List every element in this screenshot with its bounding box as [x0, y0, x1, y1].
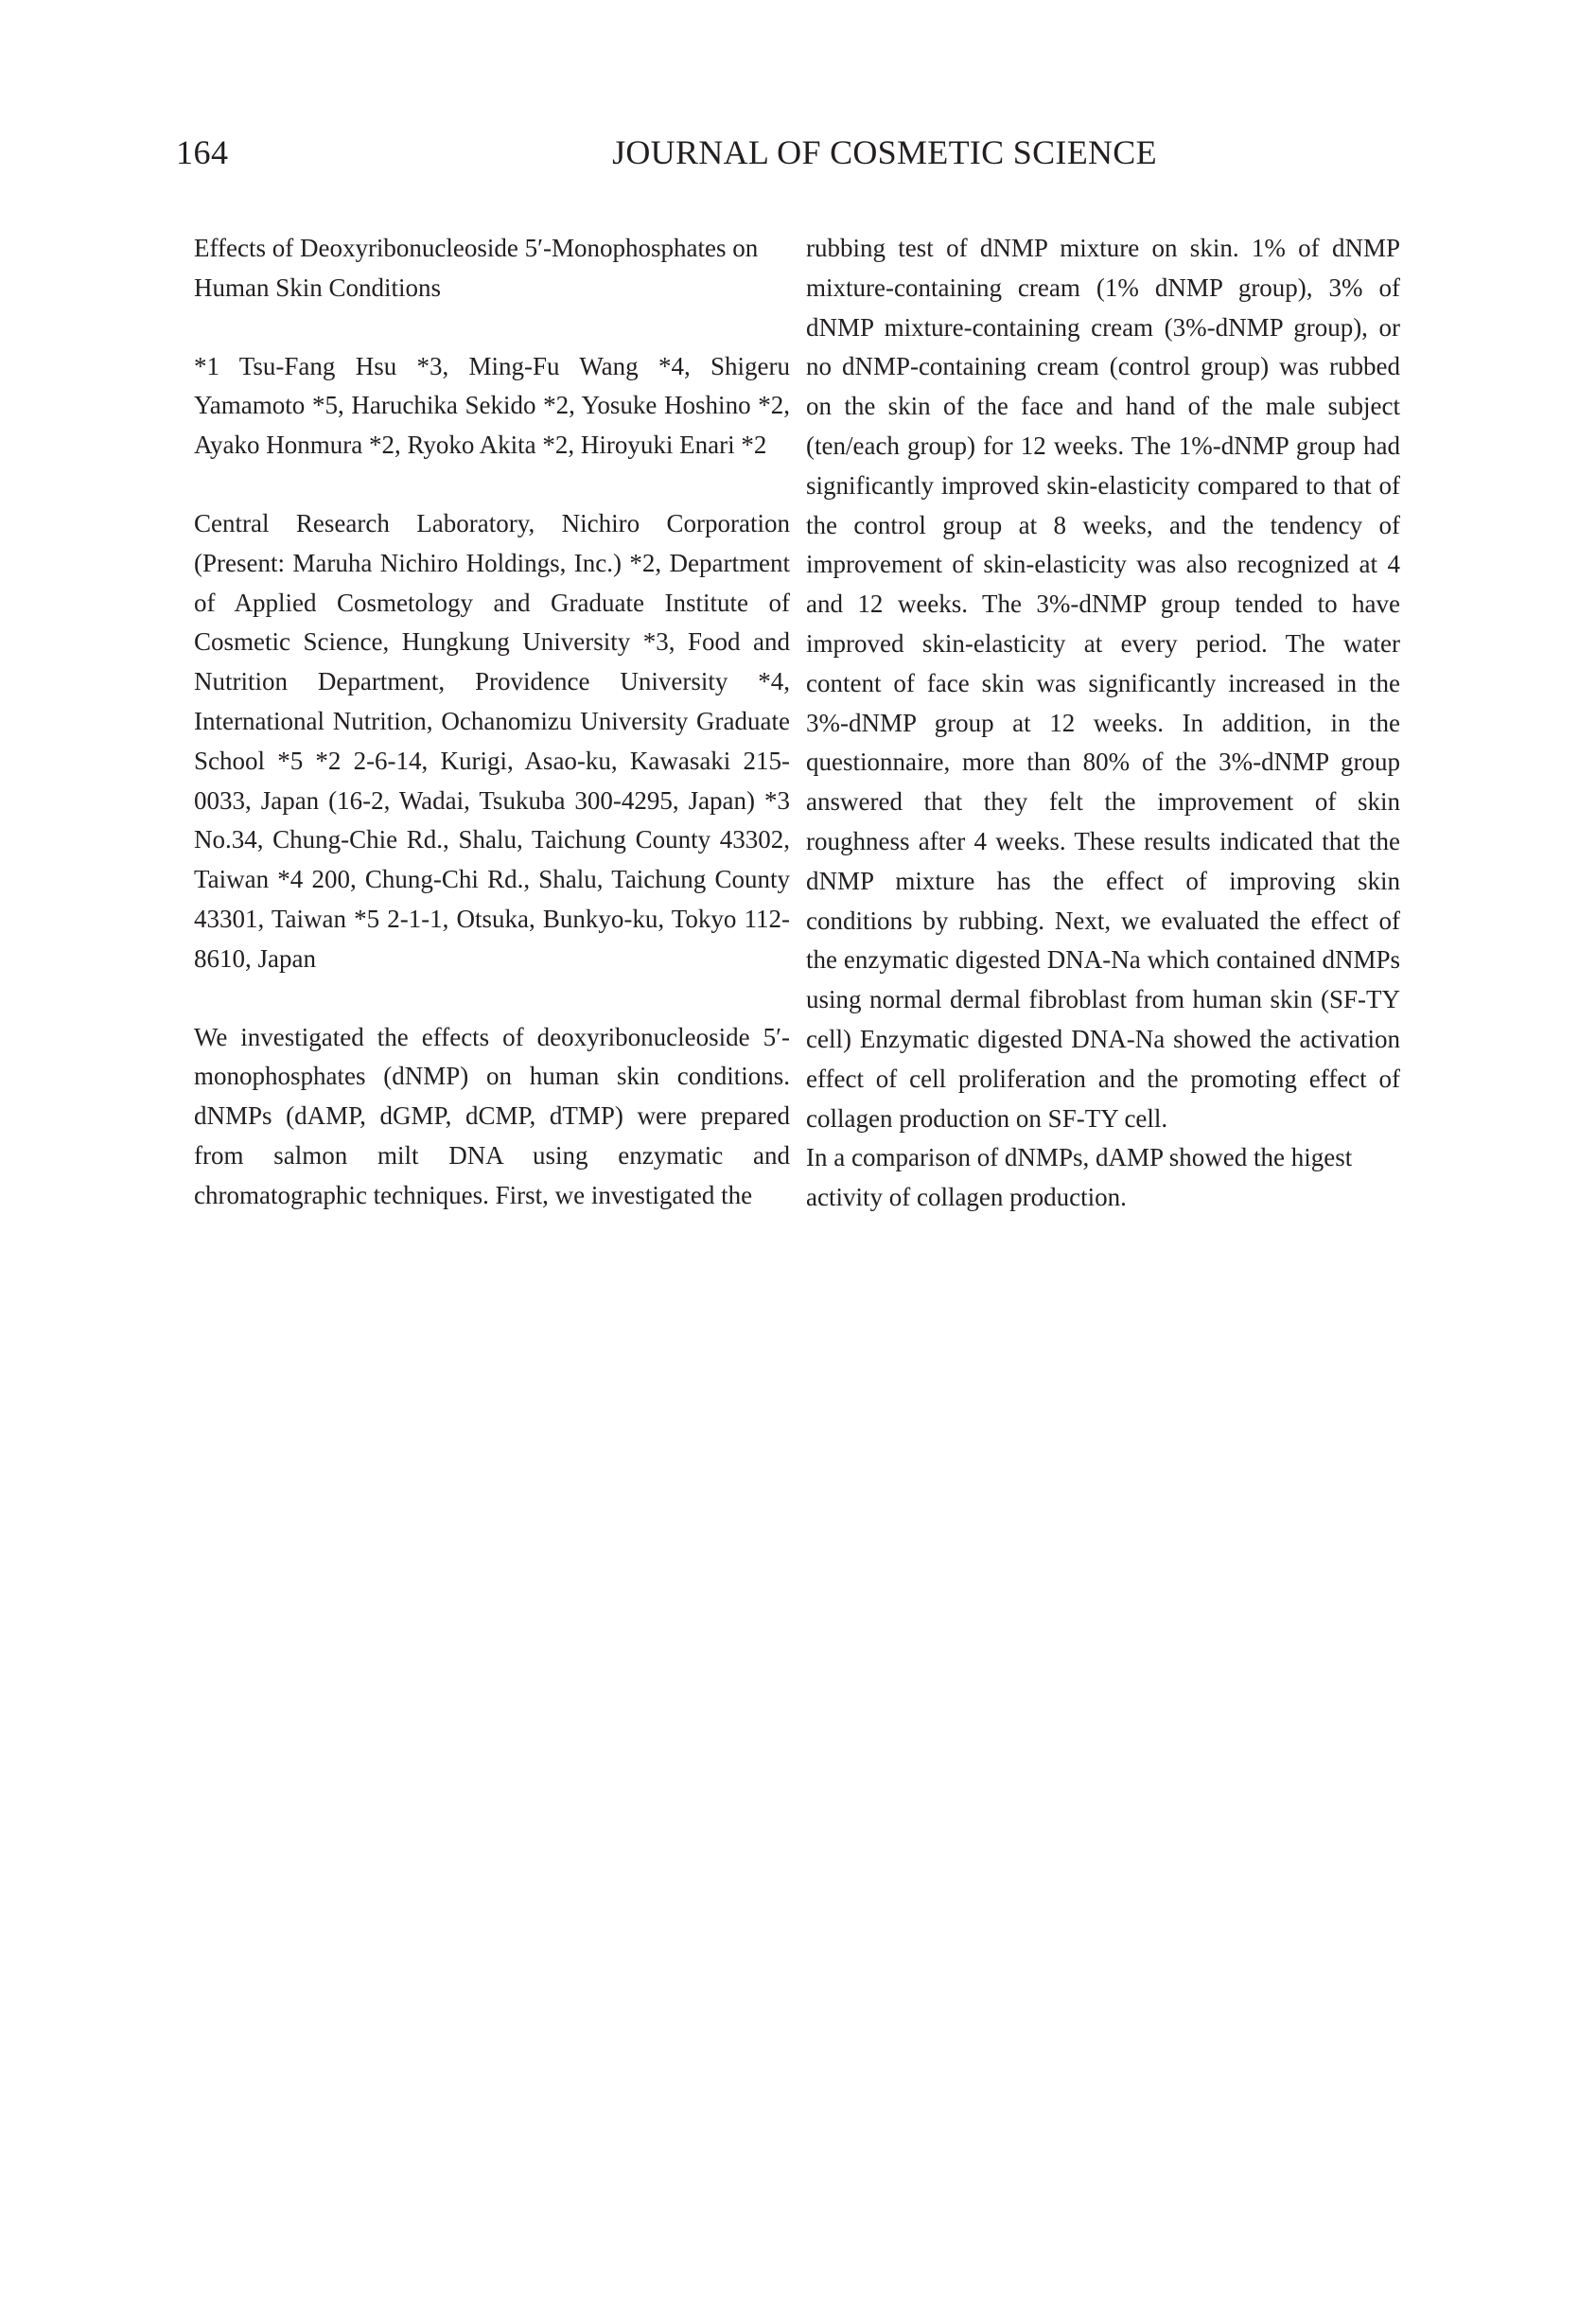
abstract-text-left: We investigated the effects of deoxyribo…	[194, 1018, 790, 1216]
left-column: Effects of Deoxyribonucleoside 5′-Monoph…	[194, 229, 790, 1216]
article-title: Effects of Deoxyribonucleoside 5′-Monoph…	[194, 229, 790, 308]
affiliations: Central Research Laboratory, Nichiro Cor…	[194, 504, 790, 979]
abstract-text-conclusion: In a comparison of dNMPs, dAMP showed th…	[806, 1138, 1400, 1218]
abstract-text-right: rubbing test of dNMP mixture on skin. 1%…	[806, 229, 1400, 1138]
running-head: 164 JOURNAL OF COSMETIC SCIENCE	[0, 129, 1596, 176]
page-number: 164	[176, 129, 229, 176]
journal-title: JOURNAL OF COSMETIC SCIENCE	[355, 129, 1414, 176]
author-list: *1 Tsu-Fang Hsu *3, Ming-Fu Wang *4, Shi…	[194, 347, 790, 466]
right-column: rubbing test of dNMP mixture on skin. 1%…	[806, 229, 1400, 1218]
